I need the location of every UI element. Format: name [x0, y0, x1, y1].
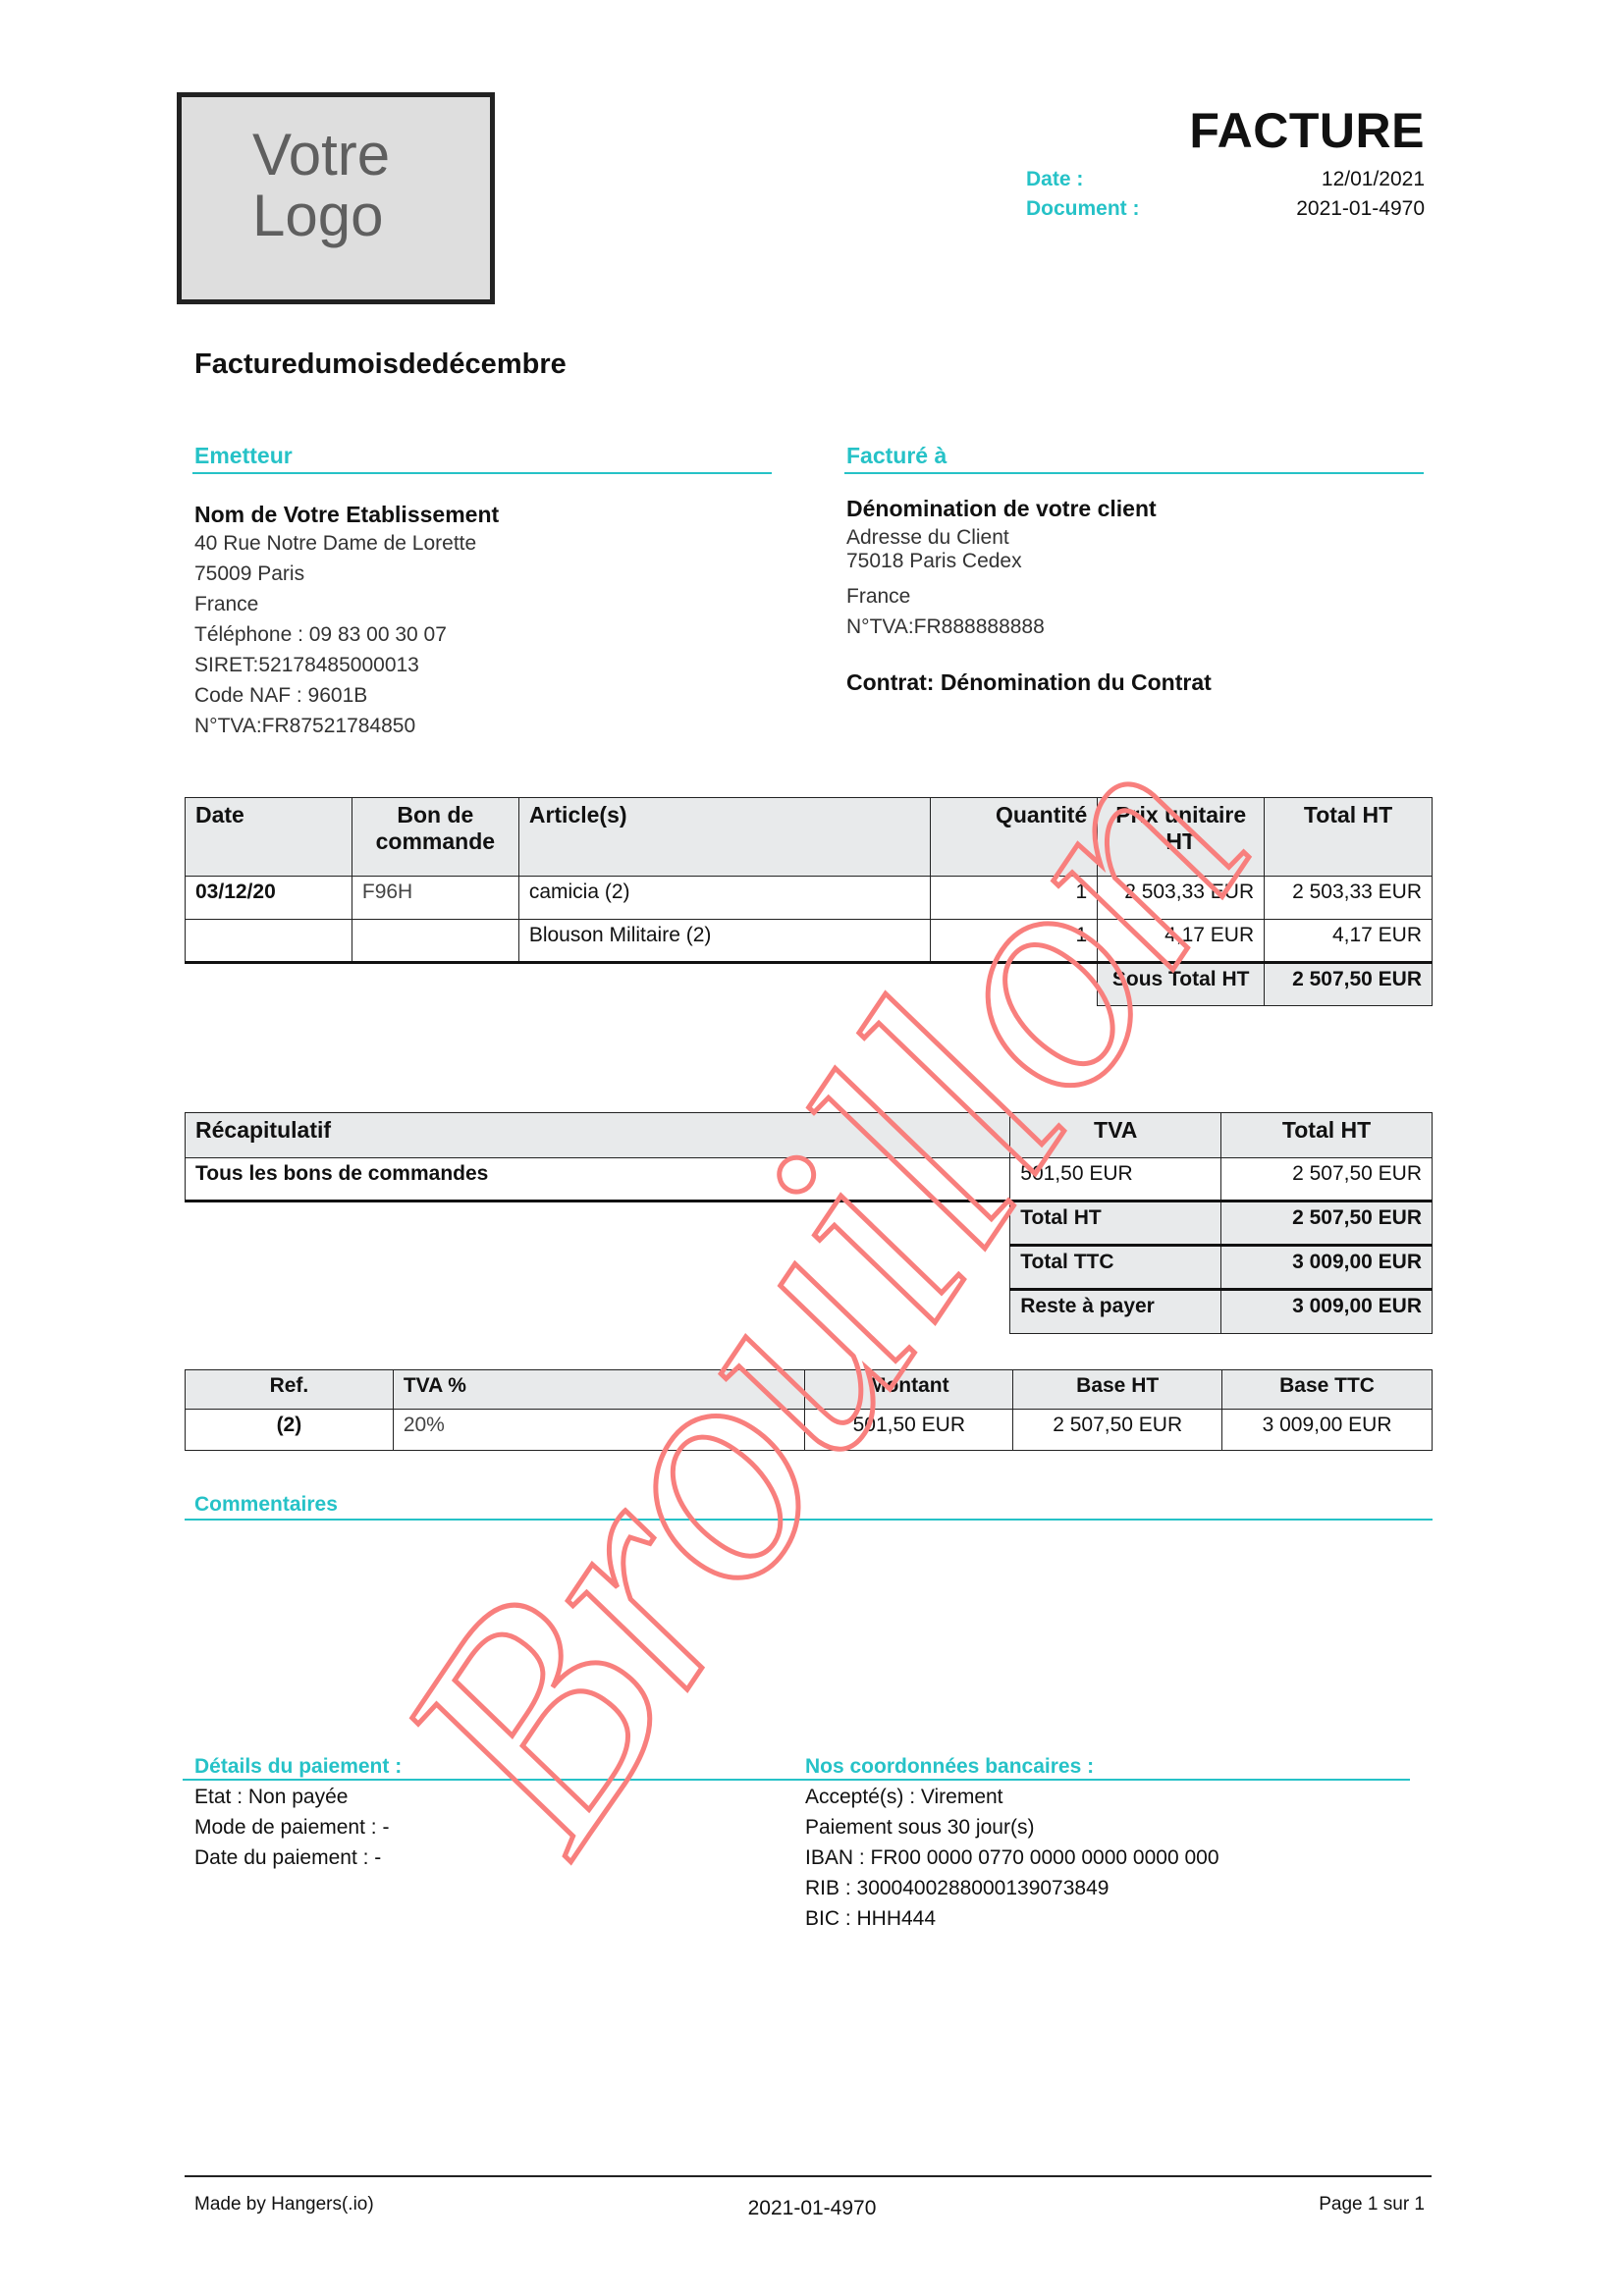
- total-ttc-row: Total TTC 3 009,00 EUR: [186, 1246, 1433, 1290]
- contract-name: Contrat: Dénomination du Contrat: [846, 669, 1212, 696]
- iban: IBAN : FR00 0000 0770 0000 0000 0000 000: [805, 1842, 1219, 1873]
- subtotal-label: Sous Total HT: [1098, 963, 1265, 1006]
- vat-table: Ref. TVA % Montant Base HT Base TTC (2) …: [185, 1369, 1433, 1451]
- bank-details: Accepté(s) : Virement Paiement sous 30 j…: [805, 1782, 1219, 1934]
- client-address-line: 75018 Paris Cedex: [846, 550, 1212, 573]
- invoice-subject: Facturedumoisdedécembre: [194, 348, 567, 381]
- col-date: Date: [186, 798, 352, 877]
- emitter-heading: Emetteur: [194, 443, 293, 469]
- payment-terms: Paiement sous 30 jour(s): [805, 1812, 1219, 1842]
- balance-due-value: 3 009,00 EUR: [1221, 1290, 1433, 1334]
- summary-total-ht: 2 507,50 EUR: [1221, 1158, 1433, 1201]
- col-base-ttc: Base TTC: [1222, 1370, 1433, 1410]
- col-summary-total-ht: Total HT: [1221, 1113, 1433, 1158]
- document-title: FACTURE: [1189, 102, 1425, 159]
- total-ht-value: 2 507,50 EUR: [1221, 1201, 1433, 1246]
- emitter-block: Nom de Votre Etablissement 40 Rue Notre …: [194, 502, 499, 741]
- emitter-divider: [192, 472, 772, 474]
- col-amount: Montant: [805, 1370, 1013, 1410]
- total-ttc-label: Total TTC: [1010, 1246, 1221, 1290]
- table-row: Blouson Militaire (2) 1 4,17 EUR 4,17 EU…: [186, 920, 1433, 963]
- client-vat-number: N°TVA:FR888888888: [846, 612, 1212, 642]
- vat-amount: 501,50 EUR: [805, 1410, 1013, 1451]
- payment-details-heading: Détails du paiement :: [194, 1755, 402, 1779]
- item-date: 03/12/20: [186, 877, 352, 920]
- items-table: Date Bon decommande Article(s) Quantité …: [185, 797, 1433, 1006]
- balance-due-label: Reste à payer: [1010, 1290, 1221, 1334]
- col-recap: Récapitulatif: [186, 1113, 1010, 1158]
- summary-tva: 501,50 EUR: [1010, 1158, 1221, 1201]
- payment-method: Mode de paiement : -: [194, 1812, 389, 1842]
- col-purchase-order: Bon decommande: [352, 798, 518, 877]
- emitter-address-line: SIRET:52178485000013: [194, 650, 499, 680]
- vat-header-row: Ref. TVA % Montant Base HT Base TTC: [186, 1370, 1433, 1410]
- emitter-address: 40 Rue Notre Dame de Lorette75009 ParisF…: [194, 528, 499, 741]
- col-tva-percent: TVA %: [393, 1370, 805, 1410]
- payment-details: Etat : Non payée Mode de paiement : - Da…: [194, 1782, 389, 1873]
- table-row: Tous les bons de commandes 501,50 EUR 2 …: [186, 1158, 1433, 1201]
- col-articles: Article(s): [518, 798, 931, 877]
- payment-date: Date du paiement : -: [194, 1842, 389, 1873]
- emitter-address-line: 75009 Paris: [194, 559, 499, 589]
- balance-due-row: Reste à payer 3 009,00 EUR: [186, 1290, 1433, 1334]
- item-purchase-order: F96H: [352, 877, 518, 920]
- emitter-address-line: Code NAF : 9601B: [194, 680, 499, 711]
- date-label: Date :: [1026, 168, 1083, 191]
- accepted-payment: Accepté(s) : Virement: [805, 1782, 1219, 1812]
- payment-status: Etat : Non payée: [194, 1782, 389, 1812]
- billed-to-heading: Facturé à: [846, 443, 947, 469]
- subtotal-row: Sous Total HT 2 507,50 EUR: [186, 963, 1433, 1006]
- payment-divider: [183, 1779, 1410, 1781]
- client-address: Adresse du Client 75018 Paris Cedex Fran…: [846, 526, 1212, 642]
- item-unit-price: 2 503,33 EUR: [1098, 877, 1265, 920]
- item-quantity: 1: [931, 920, 1098, 963]
- date-value: 12/01/2021: [1322, 168, 1425, 191]
- emitter-name: Nom de Votre Etablissement: [194, 502, 499, 528]
- col-unit-price: Prix unitaireHT: [1098, 798, 1265, 877]
- comments-divider: [185, 1519, 1433, 1521]
- item-date: [186, 920, 352, 963]
- item-total: 4,17 EUR: [1265, 920, 1433, 963]
- document-label: Document :: [1026, 197, 1140, 221]
- total-ht-row: Total HT 2 507,50 EUR: [186, 1201, 1433, 1246]
- footer-page-number: Page 1 sur 1: [1319, 2194, 1425, 2216]
- document-number: 2021-01-4970: [1296, 197, 1425, 221]
- table-row: (2) 20% 501,50 EUR 2 507,50 EUR 3 009,00…: [186, 1410, 1433, 1451]
- emitter-address-line: Téléphone : 09 83 00 30 07: [194, 619, 499, 650]
- table-row: 03/12/20 F96H camicia (2) 1 2 503,33 EUR…: [186, 877, 1433, 920]
- client-address-line: Adresse du Client: [846, 526, 1212, 550]
- col-base-ht: Base HT: [1013, 1370, 1222, 1410]
- item-purchase-order: [352, 920, 518, 963]
- emitter-address-line: 40 Rue Notre Dame de Lorette: [194, 528, 499, 559]
- item-total: 2 503,33 EUR: [1265, 877, 1433, 920]
- vat-base-ttc: 3 009,00 EUR: [1222, 1410, 1433, 1451]
- total-ht-label: Total HT: [1010, 1201, 1221, 1246]
- vat-rate: 20%: [393, 1410, 805, 1451]
- items-header-row: Date Bon decommande Article(s) Quantité …: [186, 798, 1433, 877]
- vat-ref: (2): [186, 1410, 394, 1451]
- footer-divider: [185, 2175, 1432, 2177]
- bic: BIC : HHH444: [805, 1903, 1219, 1934]
- summary-header-row: Récapitulatif TVA Total HT: [186, 1113, 1433, 1158]
- bank-details-heading: Nos coordonnées bancaires :: [805, 1755, 1094, 1779]
- comments-heading: Commentaires: [194, 1493, 338, 1517]
- billed-to-divider: [844, 472, 1424, 474]
- item-quantity: 1: [931, 877, 1098, 920]
- subtotal-value: 2 507,50 EUR: [1265, 963, 1433, 1006]
- client-address-line: France: [846, 581, 1212, 612]
- col-quantity: Quantité: [931, 798, 1098, 877]
- item-article: Blouson Militaire (2): [518, 920, 931, 963]
- summary-table: Récapitulatif TVA Total HT Tous les bons…: [185, 1112, 1433, 1334]
- item-unit-price: 4,17 EUR: [1098, 920, 1265, 963]
- total-ttc-value: 3 009,00 EUR: [1221, 1246, 1433, 1290]
- rib: RIB : 3000400288000139073849: [805, 1873, 1219, 1903]
- col-tva: TVA: [1010, 1113, 1221, 1158]
- summary-label: Tous les bons de commandes: [186, 1158, 1010, 1201]
- emitter-address-line: N°TVA:FR87521784850: [194, 711, 499, 741]
- col-ref: Ref.: [186, 1370, 394, 1410]
- emitter-address-line: France: [194, 589, 499, 619]
- item-article: camicia (2): [518, 877, 931, 920]
- billed-to-block: Dénomination de votre client Adresse du …: [846, 496, 1212, 696]
- col-total-ht: Total HT: [1265, 798, 1433, 877]
- vat-base-ht: 2 507,50 EUR: [1013, 1410, 1222, 1451]
- logo-text-line1: Votre: [252, 125, 390, 186]
- logo-placeholder: Votre Logo: [177, 92, 495, 304]
- logo-text-line2: Logo: [252, 186, 390, 246]
- client-name: Dénomination de votre client: [846, 496, 1212, 522]
